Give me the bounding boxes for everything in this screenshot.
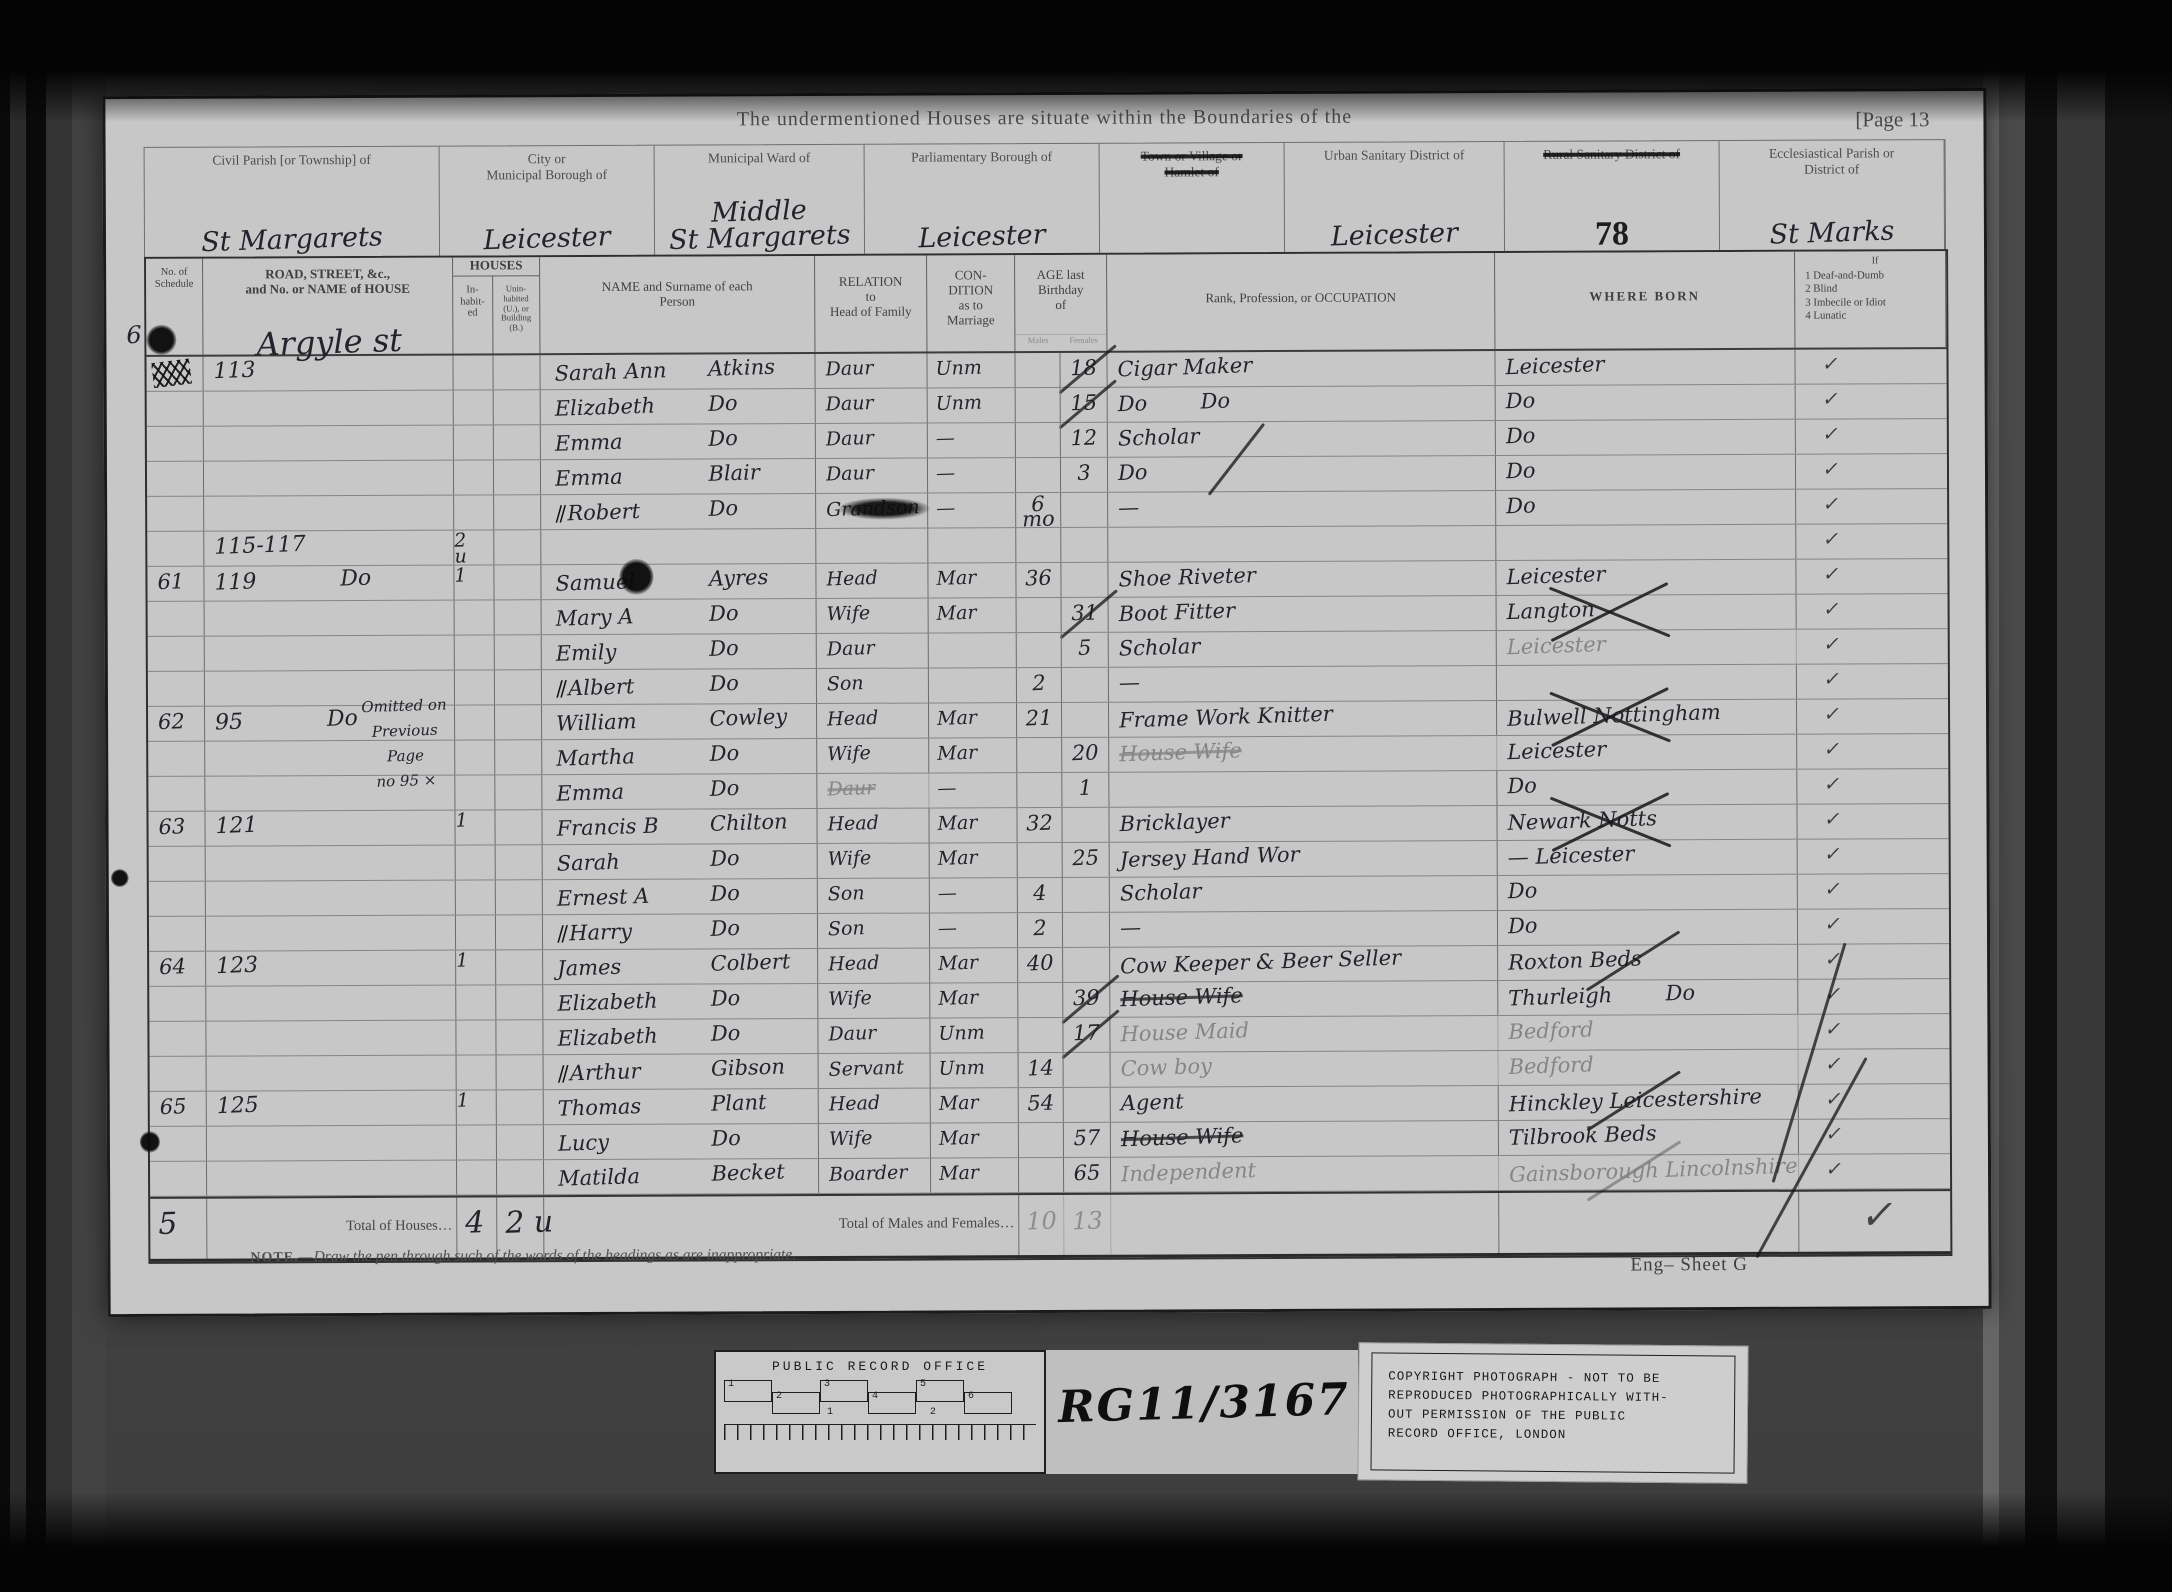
enumerator-tick-mark: ∕∕ (556, 677, 565, 701)
schedule-six-annotation: 6 (126, 321, 142, 349)
pro-scale: 123456 (724, 1380, 1036, 1402)
ruler-segment: 3 (820, 1380, 868, 1402)
table-header: No. ofSchedule ROAD, STREET, &c., and No… (146, 251, 1946, 357)
district-cell: Town or Village orHamlet of (1100, 143, 1285, 254)
col-uninhabited: Unin-habited(U.), orBuilding(B.) (493, 276, 540, 353)
reference-strip: RG11/3167 (1046, 1350, 1358, 1474)
footer-note: NOTE.—Draw the pen through such of the w… (250, 1246, 796, 1266)
enumerator-tick-mark: ∕∕ (557, 1062, 566, 1086)
col-occupation: Rank, Profession, or OCCUPATION (1107, 253, 1495, 351)
ruler-segment: 6 (964, 1392, 1012, 1414)
ruler-segment: 5 (916, 1380, 964, 1402)
col-inhabited: In-habit-ed (453, 276, 493, 353)
ruler-segment: 2 (772, 1392, 820, 1414)
ink-blot (111, 869, 129, 887)
mount-left-edge (0, 0, 106, 1592)
total-females: 13 (1071, 1194, 1103, 1247)
ink-blot (619, 559, 653, 595)
district-cell: City orMunicipal Borough ofLeicester (440, 146, 655, 257)
ink-blot (140, 1131, 160, 1153)
omitted-annotation: Omitted onPreviousPageno 95 × (344, 692, 467, 796)
pro-ruler-card: PUBLIC RECORD OFFICE 123456 12 (714, 1350, 1046, 1474)
col-houses: HOUSES In-habit-ed Unin-habited(U.), orB… (453, 257, 540, 353)
district-cell: Parliamentary Borough ofLeicester (865, 144, 1100, 255)
totals-checkmark-icon: ✓ (1798, 1190, 1893, 1243)
district-cell: Civil Parish [or Township] ofSt Margaret… (145, 147, 440, 258)
col-age: AGE lastBirthdayof MalesFemales (1015, 255, 1107, 351)
census-scan: The undermentioned Houses are situate wi… (0, 0, 2172, 1592)
census-page: The undermentioned Houses are situate wi… (102, 88, 1991, 1317)
scan-border-bottom (0, 1492, 2172, 1592)
col-condition: CON-DITIONas toMarriage (927, 255, 1015, 351)
col-where-born: WHERE BORN (1495, 252, 1795, 349)
district-cell: Ecclesiastical Parish orDistrict ofSt Ma… (1720, 140, 1945, 251)
sheet-label: Eng– Sheet G (1630, 1254, 1748, 1277)
enumerator-tick-mark: ∕∕ (557, 922, 566, 946)
pro-mini-ruler: 12 (724, 1424, 1036, 1440)
copyright-card: COPYRIGHT PHOTOGRAPH - NOT TO BEREPRODUC… (1357, 1342, 1748, 1483)
col-name: NAME and Surname of each Person (540, 256, 815, 353)
table-body: 113 Sarah AnnAtkins Daur Unm 18 Cigar Ma… (146, 349, 1950, 1197)
total-males: 10 (1025, 1195, 1057, 1248)
totals-schedule: 5 (149, 1198, 178, 1251)
district-cell: Rural Sanitary District of78 (1505, 141, 1720, 252)
ink-blot (146, 325, 176, 355)
col-infirmities: If1 Deaf-and-Dumb2 Blind3 Imbecile or Id… (1795, 251, 1946, 348)
district-header-row: Civil Parish [or Township] ofSt Margaret… (144, 139, 1946, 259)
ruler-segment: 4 (868, 1392, 916, 1414)
district-cell: Urban Sanitary District ofLeicester (1285, 142, 1505, 253)
scan-border-top (0, 0, 2172, 122)
district-cell: Municipal Ward ofMiddle St Margarets (655, 145, 865, 256)
pro-title: PUBLIC RECORD OFFICE (716, 1352, 1044, 1374)
col-relation: RELATIONtoHead of Family (815, 256, 927, 352)
copyright-text: COPYRIGHT PHOTOGRAPH - NOT TO BEREPRODUC… (1370, 1352, 1735, 1473)
piece-reference: RG11/3167 (1057, 1374, 1350, 1433)
enumeration-table: No. ofSchedule ROAD, STREET, &c., and No… (144, 249, 1952, 1264)
total-inhabited: 4 (456, 1197, 485, 1250)
enumerator-tick-mark: ∕∕ (555, 502, 564, 526)
ruler-segment: 1 (724, 1380, 772, 1402)
mount-right-edge (1983, 0, 2172, 1592)
street-name-annotation: Argyle st (256, 321, 403, 364)
